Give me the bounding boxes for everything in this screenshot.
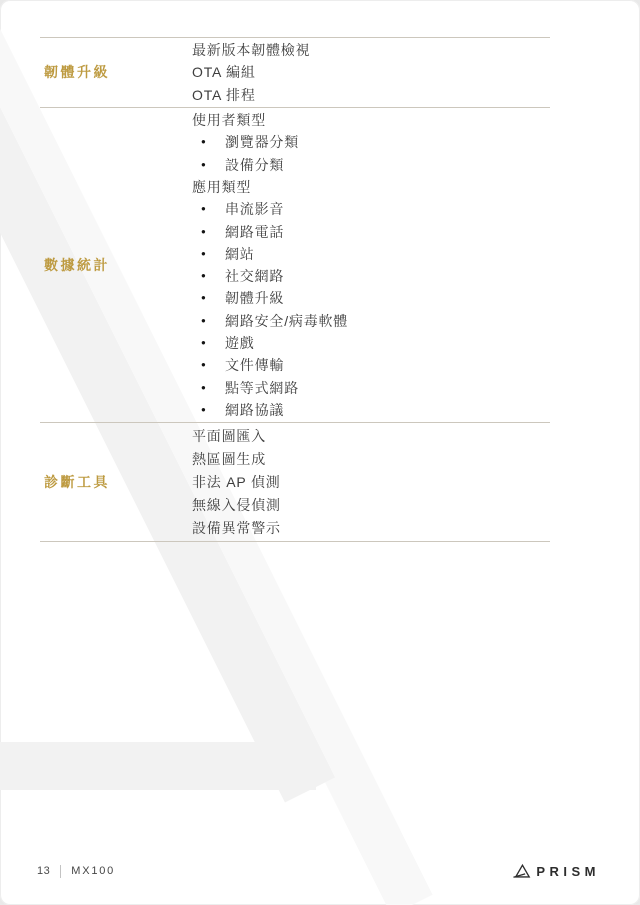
- feature-label: 文件傳輸: [225, 355, 284, 375]
- feature-label: 網路電話: [225, 222, 284, 242]
- bullet-icon: ●: [192, 384, 225, 392]
- table-section: 診斷工具平面圖匯入熱區圖生成非法 AP 偵測無線入侵偵測設備異常警示: [40, 423, 550, 542]
- feature-label: OTA 編組: [192, 62, 256, 82]
- brand-name: PRISM: [536, 864, 600, 879]
- page-number: 13: [37, 865, 50, 877]
- feature-row: 應用類型: [192, 176, 550, 198]
- category-label: 診斷工具: [44, 472, 110, 492]
- category-label: 韌體升級: [44, 62, 110, 82]
- bullet-icon: ●: [192, 317, 225, 325]
- feature-row: 非法 AP 偵測: [192, 470, 550, 493]
- feature-label: 網路協議: [225, 400, 284, 420]
- bullet-icon: ●: [192, 361, 225, 369]
- bullet-icon: ●: [192, 406, 225, 414]
- feature-label: 設備分類: [225, 155, 284, 175]
- feature-row: ●點等式網路: [192, 376, 550, 398]
- feature-row: 平面圖匯入: [192, 424, 550, 447]
- items-cell: 使用者類型●瀏覽器分類●設備分類應用類型●串流影音●網路電話●網站●社交網路●韌…: [192, 108, 550, 422]
- brand-logo: PRISM: [513, 863, 600, 880]
- category-cell: 數據統計: [40, 108, 192, 422]
- feature-label: 平面圖匯入: [192, 426, 266, 446]
- footer-left: 13 MX100: [37, 865, 115, 878]
- feature-row: 設備異常警示: [192, 517, 550, 540]
- items-cell: 最新版本韌體檢視OTA 編組OTA 排程: [192, 38, 550, 107]
- items-cell: 平面圖匯入熱區圖生成非法 AP 偵測無線入侵偵測設備異常警示: [192, 423, 550, 541]
- table-section: 數據統計使用者類型●瀏覽器分類●設備分類應用類型●串流影音●網路電話●網站●社交…: [40, 108, 550, 423]
- feature-row: ●網路協議: [192, 399, 550, 421]
- feature-label: 社交網路: [225, 266, 284, 286]
- bullet-icon: ●: [192, 339, 225, 347]
- feature-row: 最新版本韌體檢視: [192, 39, 550, 61]
- feature-label: 最新版本韌體檢視: [192, 40, 310, 60]
- product-name: MX100: [71, 865, 115, 877]
- feature-label: 串流影音: [225, 199, 284, 219]
- bullet-icon: ●: [192, 161, 225, 169]
- feature-label: 網路安全/病毒軟體: [225, 311, 348, 331]
- feature-row: 使用者類型: [192, 109, 550, 131]
- feature-label: 網站: [225, 244, 255, 264]
- feature-row: ●設備分類: [192, 153, 550, 175]
- feature-label: 韌體升級: [225, 288, 284, 308]
- feature-label: 非法 AP 偵測: [192, 472, 281, 492]
- category-cell: 韌體升級: [40, 38, 192, 107]
- bullet-icon: ●: [192, 228, 225, 236]
- feature-label: 應用類型: [192, 177, 251, 197]
- footer-divider: [60, 865, 61, 878]
- feature-row: ●網路安全/病毒軟體: [192, 310, 550, 332]
- prism-triangle-icon: [513, 863, 531, 880]
- feature-label: 點等式網路: [225, 378, 299, 398]
- feature-row: ●網路電話: [192, 220, 550, 242]
- bullet-icon: ●: [192, 294, 225, 302]
- feature-label: 熱區圖生成: [192, 449, 266, 469]
- feature-label: 遊戲: [225, 333, 255, 353]
- feature-row: ●瀏覽器分類: [192, 131, 550, 153]
- feature-row: ●文件傳輸: [192, 354, 550, 376]
- bullet-icon: ●: [192, 272, 225, 280]
- feature-row: 熱區圖生成: [192, 447, 550, 470]
- bullet-icon: ●: [192, 250, 225, 258]
- category-cell: 診斷工具: [40, 423, 192, 541]
- category-label: 數據統計: [44, 255, 110, 275]
- feature-row: ●韌體升級: [192, 287, 550, 309]
- feature-label: 設備異常警示: [192, 518, 281, 538]
- bullet-icon: ●: [192, 138, 225, 146]
- table-section: 韌體升級最新版本韌體檢視OTA 編組OTA 排程: [40, 38, 550, 108]
- feature-row: 無線入侵偵測: [192, 494, 550, 517]
- feature-label: 無線入侵偵測: [192, 495, 281, 515]
- feature-label: 使用者類型: [192, 110, 266, 130]
- feature-label: 瀏覽器分類: [225, 132, 299, 152]
- feature-label: OTA 排程: [192, 85, 256, 105]
- feature-table: 韌體升級最新版本韌體檢視OTA 編組OTA 排程數據統計使用者類型●瀏覽器分類●…: [40, 37, 550, 542]
- feature-row: ●遊戲: [192, 332, 550, 354]
- bullet-icon: ●: [192, 205, 225, 213]
- document-page: 韌體升級最新版本韌體檢視OTA 編組OTA 排程數據統計使用者類型●瀏覽器分類●…: [0, 0, 640, 905]
- feature-row: ●串流影音: [192, 198, 550, 220]
- feature-row: OTA 排程: [192, 84, 550, 106]
- feature-row: ●社交網路: [192, 265, 550, 287]
- page-footer: 13 MX100 PRISM: [37, 858, 600, 884]
- feature-row: OTA 編組: [192, 61, 550, 83]
- feature-row: ●網站: [192, 243, 550, 265]
